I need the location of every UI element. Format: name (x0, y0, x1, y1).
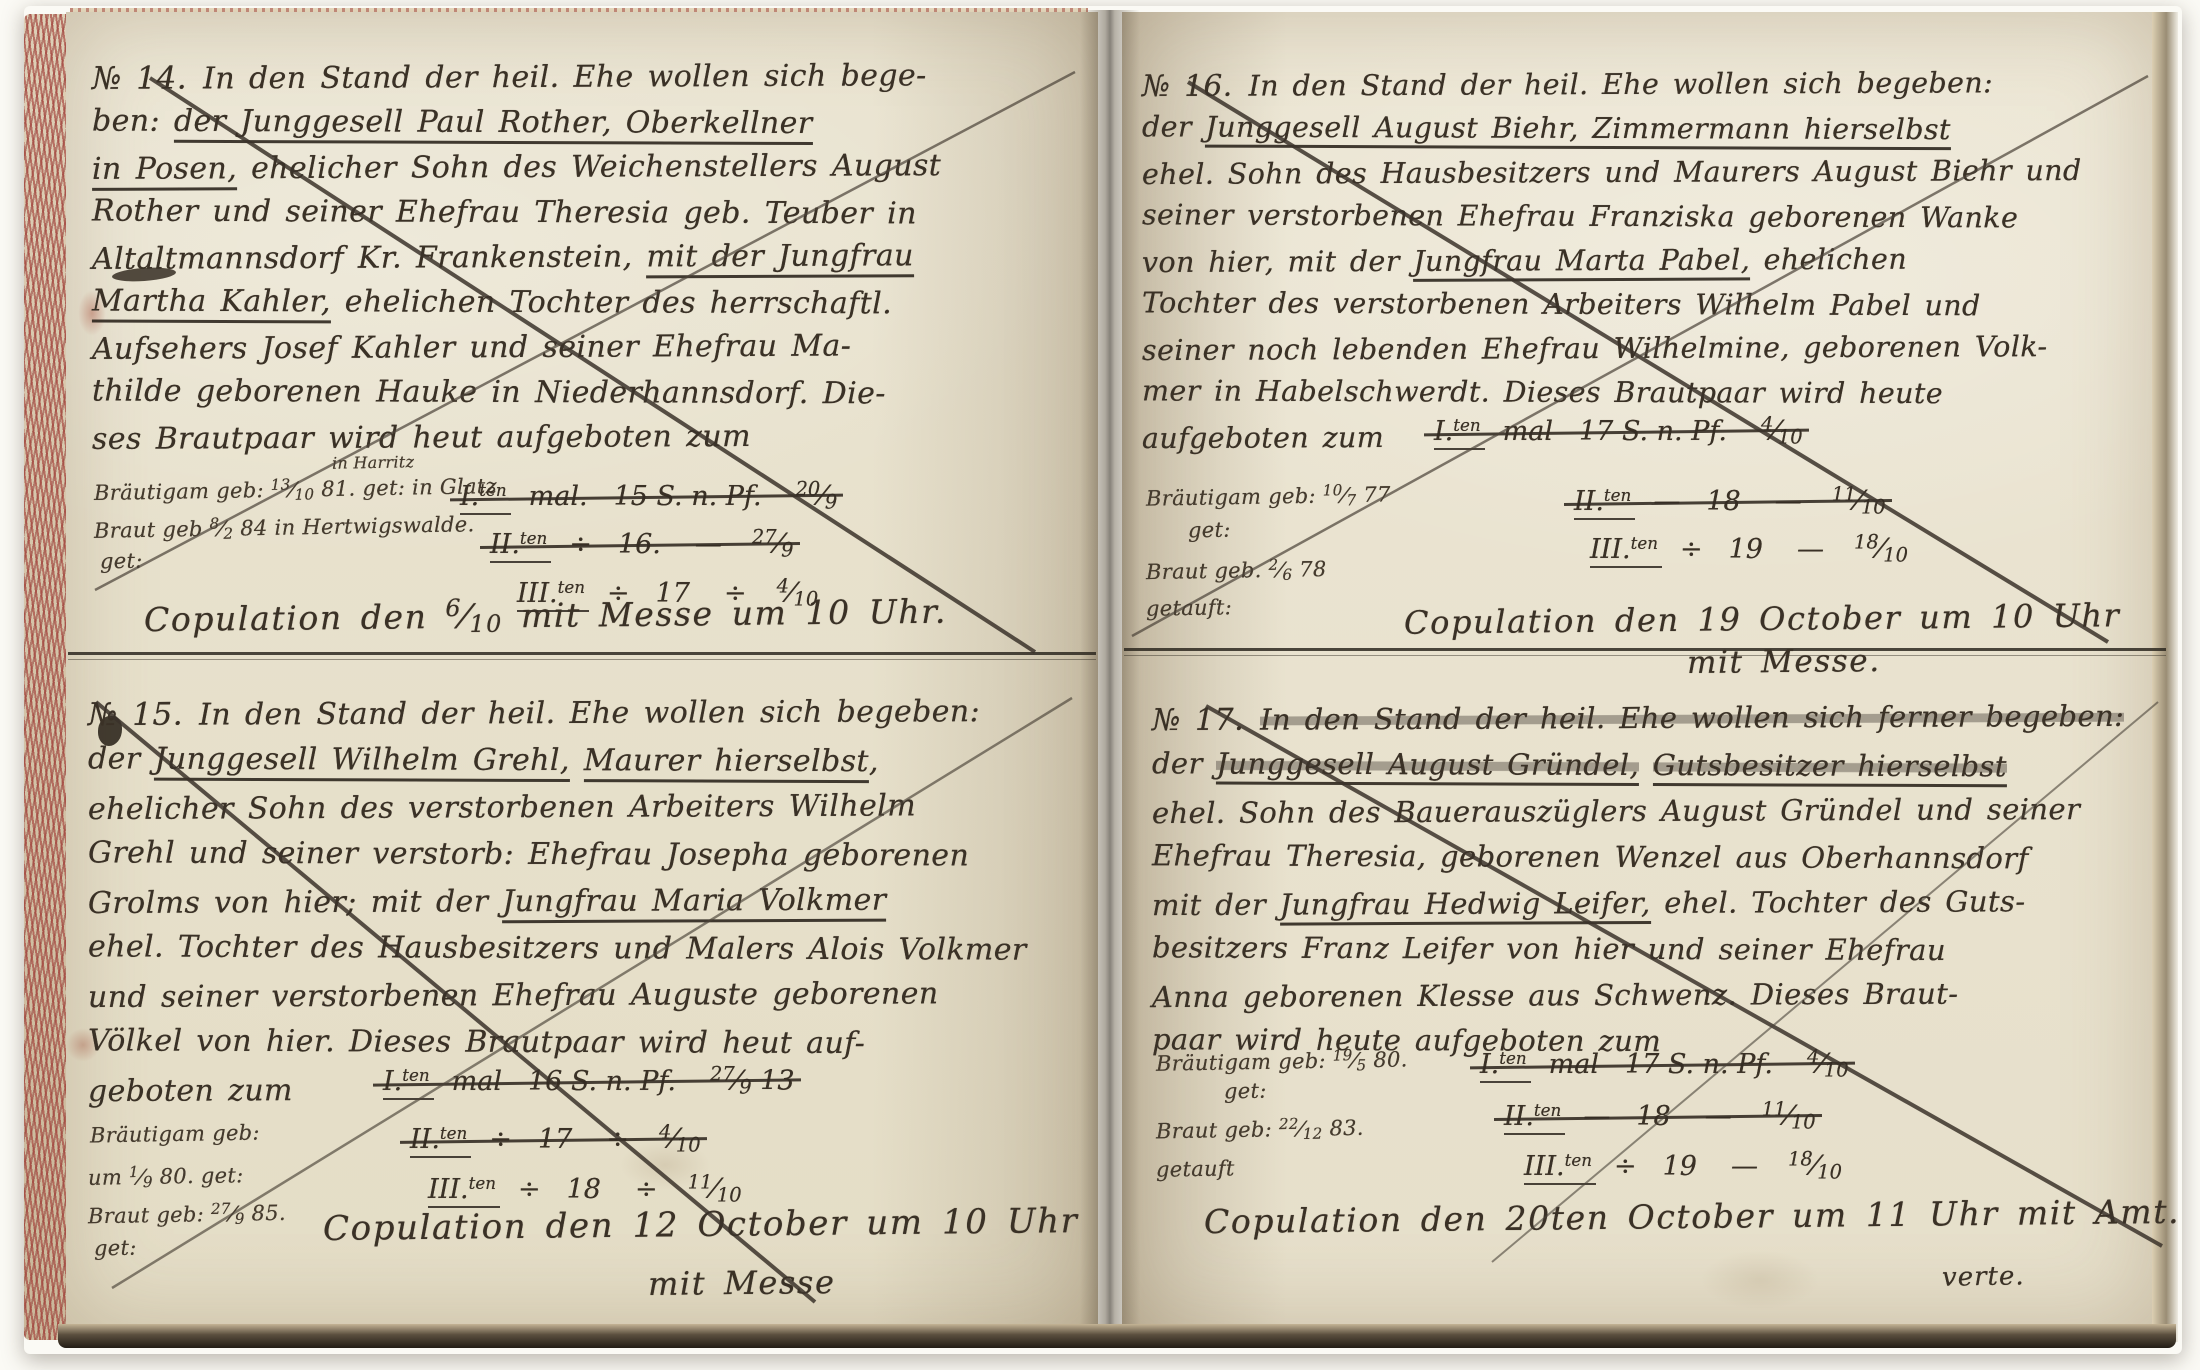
banns-mark: ÷ (489, 1124, 512, 1155)
banns-date: 18⁄10 (1854, 530, 1908, 566)
banns-sunday: 18 (1636, 1101, 1670, 1132)
date-fraction: 20⁄9 (796, 481, 838, 512)
banns-mark: ÷ (1680, 534, 1703, 565)
date-fraction: 11⁄10 (1832, 486, 1886, 517)
banns-sunday: 15 S. n. Pf. (614, 481, 762, 512)
banns-sunday: 19 (1729, 534, 1763, 565)
banns-roman-numeral: I.ten (1434, 415, 1485, 450)
register-photo: № 14.In den Stand der heil. Ehe wollen s… (0, 0, 2200, 1370)
banns-date: 27⁄9 (752, 525, 794, 561)
banns-row: II.ten—18—11⁄10 (1504, 1097, 1816, 1135)
banns-date: 11⁄10 (1762, 1097, 1816, 1133)
banns-roman-numeral: II.ten (410, 1123, 471, 1158)
date-fraction: 4⁄10 (1761, 416, 1803, 447)
verte-note: verte. (1942, 1261, 2025, 1292)
banns-row: III.ten÷18÷11⁄10 (428, 1170, 742, 1208)
banns-roman-numeral: III.ten (428, 1173, 500, 1208)
banns-row: I.tenmal.15 S. n. Pf.20⁄9 (460, 477, 837, 515)
date-fraction: 18⁄10 (1854, 534, 1908, 565)
banns-dash: — (1775, 486, 1802, 517)
banns-row: II.ten—18—11⁄10 (1574, 482, 1886, 520)
banns-mark: — (1653, 486, 1680, 517)
entry-17: № 17.In den Stand der heil. Ehe wollen s… (1152, 695, 2182, 1327)
banns-roman-numeral: II.ten (1504, 1100, 1565, 1135)
banns-dash: — (1705, 1101, 1732, 1132)
banns-date: 4⁄10 (1761, 412, 1803, 448)
banns-roman-numeral: III.ten (1590, 533, 1662, 568)
entry-14: № 14.In den Stand der heil. Ehe wollen s… (92, 55, 1100, 655)
banns-row: I.tenmal16 S. n. Pf.27⁄9 13 (383, 1062, 795, 1100)
banns-roman-numeral: I.ten (460, 480, 511, 515)
date-fraction: 18⁄10 (1788, 1151, 1842, 1182)
banns-dash: ÷ (635, 1174, 658, 1205)
banns-sunday: 16 S. n. Pf. (528, 1066, 676, 1097)
banns-sunday: 19 (1663, 1151, 1697, 1182)
banns-mark: mal. (529, 481, 588, 512)
banns-sunday: 18 (1706, 486, 1740, 517)
copulation-line-continued: mit Messe. (1687, 643, 1881, 681)
banns-sunday: 18 (567, 1174, 601, 1205)
banns-row: I.tenmal17 S. n. Pf.4⁄10 (1434, 412, 1803, 450)
banns-date: 27⁄9 13 (710, 1062, 795, 1098)
banns-mark: — (1583, 1101, 1610, 1132)
date-fraction: 27⁄9 (710, 1066, 752, 1097)
banns-date: 4⁄10 (659, 1120, 701, 1156)
banns-mark: ÷ (518, 1174, 541, 1205)
banns-roman-numeral: II.ten (1574, 485, 1635, 520)
banns-row: I.tenmal17 S. n. Pf.4⁄10 (1480, 1045, 1849, 1083)
banns-roman-numeral: II.ten (490, 528, 551, 563)
entry-15: № 15.In den Stand der heil. Ehe wollen s… (88, 690, 1102, 1322)
banns-date: 11⁄10 (688, 1170, 742, 1206)
date-fraction: 4⁄10 (1807, 1049, 1849, 1080)
banns-date: 20⁄9 (796, 477, 838, 513)
page-edge-marbling (24, 14, 68, 1340)
banns-dash: ÷ (606, 1124, 629, 1155)
copulation-line: Copulation den 6⁄10 mit Messe um 10 Uhr. (144, 589, 947, 642)
banns-sunday: 17 (538, 1124, 572, 1155)
date-fraction: 11⁄10 (688, 1174, 742, 1205)
banns-row: II.ten÷17÷4⁄10 (410, 1120, 701, 1158)
banns-mark: mal (1503, 416, 1553, 447)
banns-date: 18⁄10 (1788, 1147, 1842, 1183)
banns-sunday: 17 S. n. Pf. (1625, 1049, 1773, 1080)
banns-sunday: 17 S. n. Pf. (1579, 416, 1727, 447)
date-fraction: 11⁄10 (1762, 1101, 1816, 1132)
banns-dash: — (1797, 534, 1824, 565)
copulation-line: Copulation den 12 October um 10 Uhr (323, 1201, 1079, 1249)
banns-date: 4⁄10 (1807, 1045, 1849, 1081)
banns-roman-numeral: I.ten (383, 1065, 434, 1100)
date-fraction: 27⁄9 (752, 529, 794, 560)
banns-mark: ÷ (569, 529, 592, 560)
banns-row: III.ten÷19—18⁄10 (1524, 1147, 1842, 1185)
book-bottom-edge (58, 1324, 2176, 1348)
date-fraction: 4⁄10 (659, 1124, 701, 1155)
banns-mark: mal (452, 1066, 502, 1097)
banns-roman-numeral: III.ten (1524, 1150, 1596, 1185)
copulation-line: Copulation den 19 October um 10 Uhr (1404, 596, 2121, 642)
banns-table: I.tenmal17 S. n. Pf.4⁄10II.ten—18—11⁄10I… (1142, 62, 2174, 662)
entry-16: № 16.In den Stand der heil. Ehe wollen s… (1142, 62, 2174, 662)
date-fraction: 6⁄10 (445, 596, 503, 636)
banns-dash: — (1731, 1151, 1758, 1182)
banns-mark: ÷ (1614, 1151, 1637, 1182)
banns-sunday: 16. (618, 529, 661, 560)
banns-mark: mal (1549, 1049, 1599, 1080)
banns-roman-numeral: I.ten (1480, 1048, 1531, 1083)
copulation-line-continued: mit Messe (648, 1263, 836, 1303)
banns-date: 11⁄10 (1832, 482, 1886, 518)
banns-row: III.ten÷19—18⁄10 (1590, 530, 1908, 568)
banns-dash: — (695, 529, 722, 560)
banns-row: II.ten÷16.—27⁄9 (490, 525, 794, 563)
banns-table: I.tenmal.15 S. n. Pf.20⁄9II.ten÷16.—27⁄9… (92, 55, 1100, 655)
